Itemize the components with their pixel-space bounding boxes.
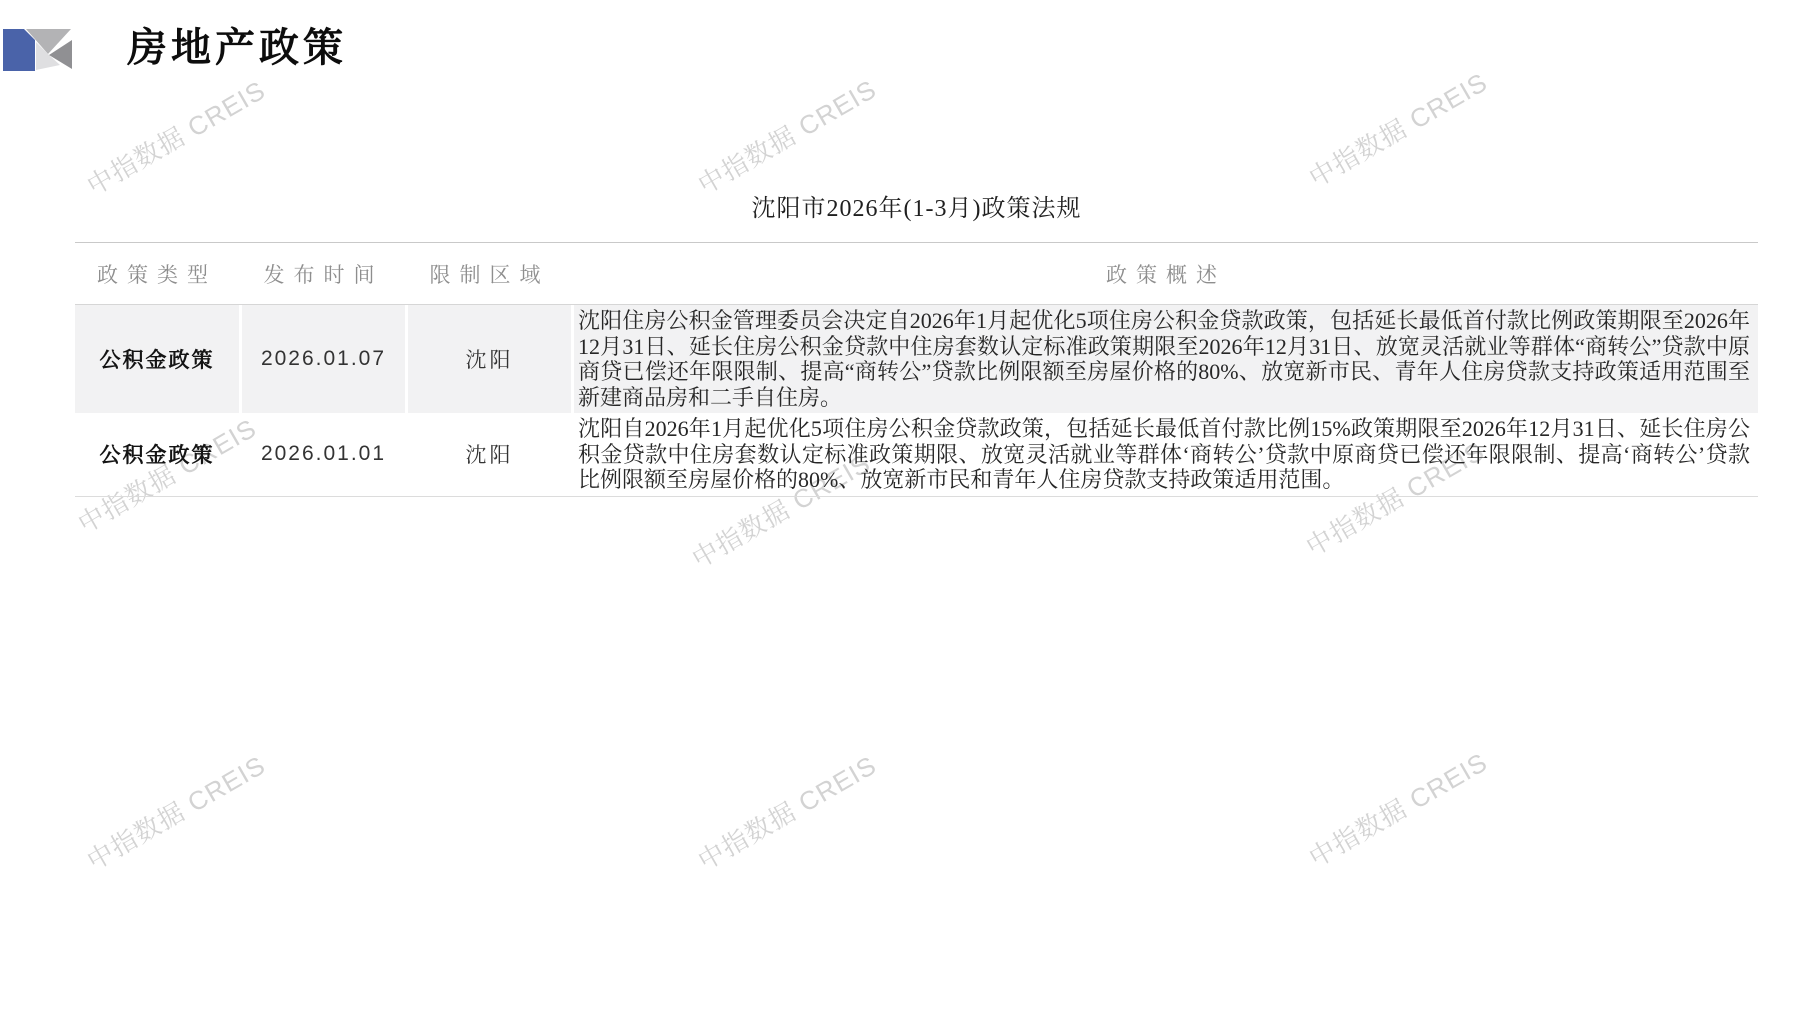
region: 沈阳 xyxy=(408,413,571,496)
policy-table: 政策类型 发布时间 限制区域 政策概述 公积金政策 2026.01.07 沈阳 … xyxy=(75,242,1758,497)
table-caption: 沈阳市2026年(1-3月)政策法规 xyxy=(75,188,1758,223)
watermark: 中指数据 CREIS xyxy=(690,745,882,877)
policy-type: 公积金政策 xyxy=(75,305,239,413)
publish-date: 2026.01.01 xyxy=(242,413,405,496)
region: 沈阳 xyxy=(408,305,571,413)
page-title: 房地产政策 xyxy=(127,24,347,72)
column-header-policy-type: 政策类型 xyxy=(75,259,239,289)
watermark-layer: 中指数据 CREIS 中指数据 CREIS 中指数据 CREIS 中指数据 CR… xyxy=(0,0,1797,1010)
table-row: 公积金政策 2026.01.07 沈阳 沈阳住房公积金管理委员会决定自2026年… xyxy=(75,305,1758,413)
column-header-region: 限制区域 xyxy=(408,259,571,289)
table-header-row: 政策类型 发布时间 限制区域 政策概述 xyxy=(75,243,1758,305)
watermark: 中指数据 CREIS xyxy=(690,69,882,201)
watermark: 中指数据 CREIS xyxy=(79,745,271,877)
column-header-summary: 政策概述 xyxy=(574,259,1758,289)
watermark: 中指数据 CREIS xyxy=(1301,742,1493,874)
creis-logo-icon xyxy=(3,28,89,72)
policy-type: 公积金政策 xyxy=(75,413,239,496)
watermark: 中指数据 CREIS xyxy=(1301,62,1493,194)
table-row: 公积金政策 2026.01.01 沈阳 沈阳自2026年1月起优化5项住房公积金… xyxy=(75,413,1758,497)
publish-date: 2026.01.07 xyxy=(242,305,405,413)
policy-summary: 沈阳自2026年1月起优化5项住房公积金贷款政策，包括延长最低首付款比例15%政… xyxy=(574,413,1758,496)
page-header: 房地产政策 xyxy=(3,24,347,72)
column-header-publish-date: 发布时间 xyxy=(242,259,405,289)
watermark: 中指数据 CREIS xyxy=(79,70,271,202)
report-page: 中指数据 CREIS 中指数据 CREIS 中指数据 CREIS 中指数据 CR… xyxy=(0,0,1797,1010)
policy-summary: 沈阳住房公积金管理委员会决定自2026年1月起优化5项住房公积金贷款政策，包括延… xyxy=(574,305,1758,413)
